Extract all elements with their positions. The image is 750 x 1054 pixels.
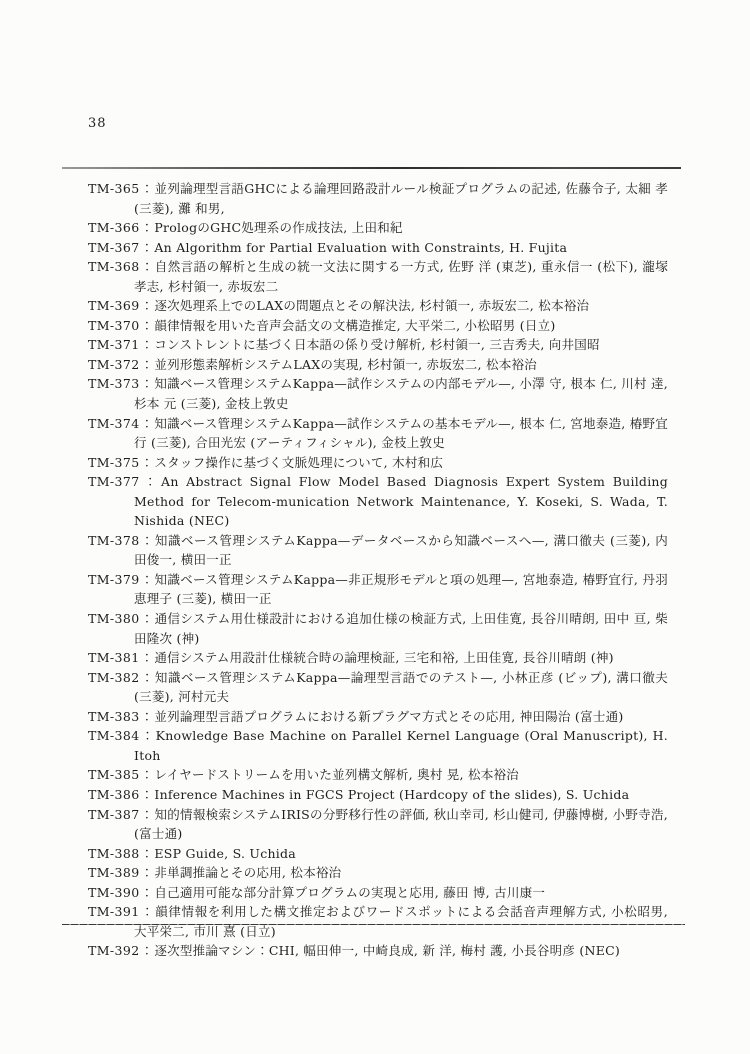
tm-entry: TM-368：自然言語の解析と生成の統一文法に関する一方式, 佐野 洋 (東芝)… [88, 257, 668, 296]
tm-entry: TM-388：ESP Guide, S. Uchida [88, 844, 668, 864]
entry-colon: ： [140, 416, 155, 431]
entry-text: 知識ベース管理システムKappa—非正規形モデルと項の処理—, 宮地泰造, 椿野… [134, 572, 668, 607]
tm-entry: TM-383：並列論理型言語プログラムにおける新プラグマ方式とその応用, 神田陽… [88, 707, 668, 727]
entry-colon: ： [140, 943, 155, 958]
entry-colon: ： [140, 846, 155, 861]
tm-entry: TM-377：An Abstract Signal Flow Model Bas… [88, 472, 668, 531]
bottom-rule [62, 924, 685, 925]
entry-text: 通信システム用仕様設計における追加仕様の検証方式, 上田佳寛, 長谷川晴朗, 田… [134, 611, 668, 646]
entry-id: TM-378 [88, 533, 140, 548]
entry-colon: ： [140, 240, 155, 255]
entry-colon: ： [140, 885, 155, 900]
entry-id: TM-377 [88, 474, 140, 489]
entry-id: TM-387 [88, 807, 140, 822]
entry-id: TM-388 [88, 846, 140, 861]
tm-entry: TM-379：知識ベース管理システムKappa—非正規形モデルと項の処理—, 宮… [88, 570, 668, 609]
entry-text: 逐次処理系上でのLAXの問題点とその解決法, 杉村領一, 赤坂宏二, 松本裕治 [154, 298, 589, 313]
entry-text: An Abstract Signal Flow Model Based Diag… [134, 474, 668, 528]
entry-text: コンストレントに基づく日本語の係り受け解析, 杉村領一, 三吉秀夫, 向井国昭 [154, 337, 599, 352]
entry-colon: ： [140, 807, 155, 822]
entry-colon: ： [140, 904, 156, 919]
entry-colon: ： [140, 376, 155, 391]
tm-entries-list: TM-365：並列論理型言語GHCによる論理回路設計ルール検証プログラムの記述,… [88, 179, 668, 961]
entry-text: 韻律情報を用いた音声会話文の文構造推定, 大平栄二, 小松昭男 (日立) [154, 318, 555, 333]
entry-colon: ： [140, 533, 155, 548]
entry-colon: ： [140, 259, 155, 274]
entry-text: Inference Machines in FGCS Project (Hard… [154, 787, 629, 802]
entry-id: TM-392 [88, 943, 140, 958]
entry-colon: ： [140, 572, 155, 587]
entry-id: TM-391 [88, 904, 140, 919]
document-page: 38 TM-365：並列論理型言語GHCによる論理回路設計ルール検証プログラムの… [0, 0, 750, 1054]
entry-id: TM-379 [88, 572, 140, 587]
entry-text: 自己適用可能な部分計算プログラムの実現と応用, 藤田 博, 古川康一 [154, 885, 545, 900]
entry-text: 知識ベース管理システムKappa—データベースから知識ベースへ—, 溝口徹夫 (… [134, 533, 668, 568]
entry-text: Knowledge Base Machine on Parallel Kerne… [134, 728, 668, 763]
tm-entry: TM-389：非単調推論とその応用, 松本裕治 [88, 863, 668, 883]
entry-colon: ： [140, 298, 155, 313]
tm-entry: TM-380：通信システム用仕様設計における追加仕様の検証方式, 上田佳寛, 長… [88, 609, 668, 648]
entry-colon: ： [140, 455, 155, 470]
entry-id: TM-381 [88, 650, 140, 665]
entry-text: 通信システム用設計仕様統合時の論理検証, 三宅和裕, 上田佳寛, 長谷川晴朗 (… [154, 650, 613, 665]
entry-text: 知識ベース管理システムKappa—論理型言語でのテスト—, 小林正彦 (ビップ)… [134, 670, 668, 705]
entry-text: 並列論理型言語GHCによる論理回路設計ルール検証プログラムの記述, 佐藤令子, … [134, 181, 668, 216]
entry-text: 並列形態素解析システムLAXの実現, 杉村領一, 赤坂宏二, 松本裕治 [154, 357, 537, 372]
tm-entry: TM-365：並列論理型言語GHCによる論理回路設計ルール検証プログラムの記述,… [88, 179, 668, 218]
entry-id: TM-385 [88, 767, 140, 782]
tm-entry: TM-369：逐次処理系上でのLAXの問題点とその解決法, 杉村領一, 赤坂宏二… [88, 296, 668, 316]
entry-id: TM-374 [88, 416, 140, 431]
entry-colon: ： [140, 337, 155, 352]
tm-entry: TM-382：知識ベース管理システムKappa—論理型言語でのテスト—, 小林正… [88, 668, 668, 707]
tm-entry: TM-374：知識ベース管理システムKappa—試作システムの基本モデル—, 根… [88, 414, 668, 453]
tm-entry: TM-387：知的情報検索システムIRISの分野移行性の評価, 秋山幸司, 杉山… [88, 805, 668, 844]
tm-entry: TM-391：韻律情報を利用した構文推定およびワードスポットによる会話音声理解方… [88, 902, 668, 941]
entry-text: 知的情報検索システムIRISの分野移行性の評価, 秋山幸司, 杉山健司, 伊藤博… [134, 807, 668, 842]
entry-text: スタッフ操作に基づく文脈処理について, 木村和広 [154, 455, 443, 470]
tm-entry: TM-367：An Algorithm for Partial Evaluati… [88, 238, 668, 258]
tm-entry: TM-373：知識ベース管理システムKappa—試作システムの内部モデル—, 小… [88, 374, 668, 413]
tm-entry: TM-392：逐次型推論マシン：CHI, 幅田伸一, 中崎良成, 新 洋, 梅村… [88, 941, 668, 961]
tm-entry: TM-370：韻律情報を用いた音声会話文の文構造推定, 大平栄二, 小松昭男 (… [88, 316, 668, 336]
tm-entry: TM-385：レイヤードストリームを用いた並列構文解析, 奥村 晃, 松本裕治 [88, 765, 668, 785]
entry-text: 自然言語の解析と生成の統一文法に関する一方式, 佐野 洋 (東芝), 重永信一 … [134, 259, 668, 294]
entry-text: PrologのGHC処理系の作成技法, 上田和紀 [154, 220, 402, 235]
tm-entry: TM-384：Knowledge Base Machine on Paralle… [88, 726, 668, 765]
tm-entry: TM-390：自己適用可能な部分計算プログラムの実現と応用, 藤田 博, 古川康… [88, 883, 668, 903]
entry-colon: ： [140, 670, 155, 685]
entry-id: TM-380 [88, 611, 140, 626]
entry-id: TM-390 [88, 885, 140, 900]
entry-text: 知識ベース管理システムKappa—試作システムの基本モデル—, 根本 仁, 宮地… [134, 416, 668, 451]
tm-entry: TM-371：コンストレントに基づく日本語の係り受け解析, 杉村領一, 三吉秀夫… [88, 335, 668, 355]
entry-id: TM-371 [88, 337, 140, 352]
entry-id: TM-375 [88, 455, 140, 470]
entry-text: 並列論理型言語プログラムにおける新プラグマ方式とその応用, 神田陽治 (富士通) [154, 709, 623, 724]
entry-id: TM-368 [88, 259, 140, 274]
tm-entry: TM-366：PrologのGHC処理系の作成技法, 上田和紀 [88, 218, 668, 238]
entry-text: 知識ベース管理システムKappa—試作システムの内部モデル—, 小澤 守, 根本… [134, 376, 668, 411]
entry-colon: ： [140, 728, 156, 743]
entry-text: An Algorithm for Partial Evaluation with… [154, 240, 567, 255]
entry-id: TM-373 [88, 376, 140, 391]
entry-id: TM-366 [88, 220, 140, 235]
entry-colon: ： [140, 474, 161, 489]
tm-entry: TM-381：通信システム用設計仕様統合時の論理検証, 三宅和裕, 上田佳寛, … [88, 648, 668, 668]
tm-entry: TM-375：スタッフ操作に基づく文脈処理について, 木村和広 [88, 453, 668, 473]
entry-colon: ： [140, 220, 155, 235]
entry-id: TM-372 [88, 357, 140, 372]
entry-text: 非単調推論とその応用, 松本裕治 [154, 865, 341, 880]
entry-text: 逐次型推論マシン：CHI, 幅田伸一, 中崎良成, 新 洋, 梅村 護, 小長谷… [154, 943, 620, 958]
entry-id: TM-384 [88, 728, 140, 743]
entry-colon: ： [140, 709, 155, 724]
entry-text: 韻律情報を利用した構文推定およびワードスポットによる会話音声理解方式, 小松昭男… [134, 904, 668, 939]
entry-id: TM-370 [88, 318, 140, 333]
entry-id: TM-369 [88, 298, 140, 313]
entry-colon: ： [140, 865, 155, 880]
page-number: 38 [88, 116, 107, 131]
entry-text: ESP Guide, S. Uchida [154, 846, 296, 861]
entry-text: レイヤードストリームを用いた並列構文解析, 奥村 晃, 松本裕治 [154, 767, 519, 782]
top-rule [62, 167, 681, 169]
entry-colon: ： [140, 767, 155, 782]
entry-colon: ： [140, 611, 155, 626]
entry-id: TM-389 [88, 865, 140, 880]
entry-colon: ： [140, 318, 155, 333]
entry-colon: ： [140, 181, 155, 196]
entry-colon: ： [140, 650, 155, 665]
tm-entry: TM-372：並列形態素解析システムLAXの実現, 杉村領一, 赤坂宏二, 松本… [88, 355, 668, 375]
entry-id: TM-365 [88, 181, 140, 196]
entry-colon: ： [140, 787, 155, 802]
tm-entry: TM-378：知識ベース管理システムKappa—データベースから知識ベースへ—,… [88, 531, 668, 570]
entry-id: TM-383 [88, 709, 140, 724]
entry-id: TM-382 [88, 670, 140, 685]
entry-id: TM-367 [88, 240, 140, 255]
tm-entry: TM-386：Inference Machines in FGCS Projec… [88, 785, 668, 805]
entry-id: TM-386 [88, 787, 140, 802]
entry-colon: ： [140, 357, 155, 372]
